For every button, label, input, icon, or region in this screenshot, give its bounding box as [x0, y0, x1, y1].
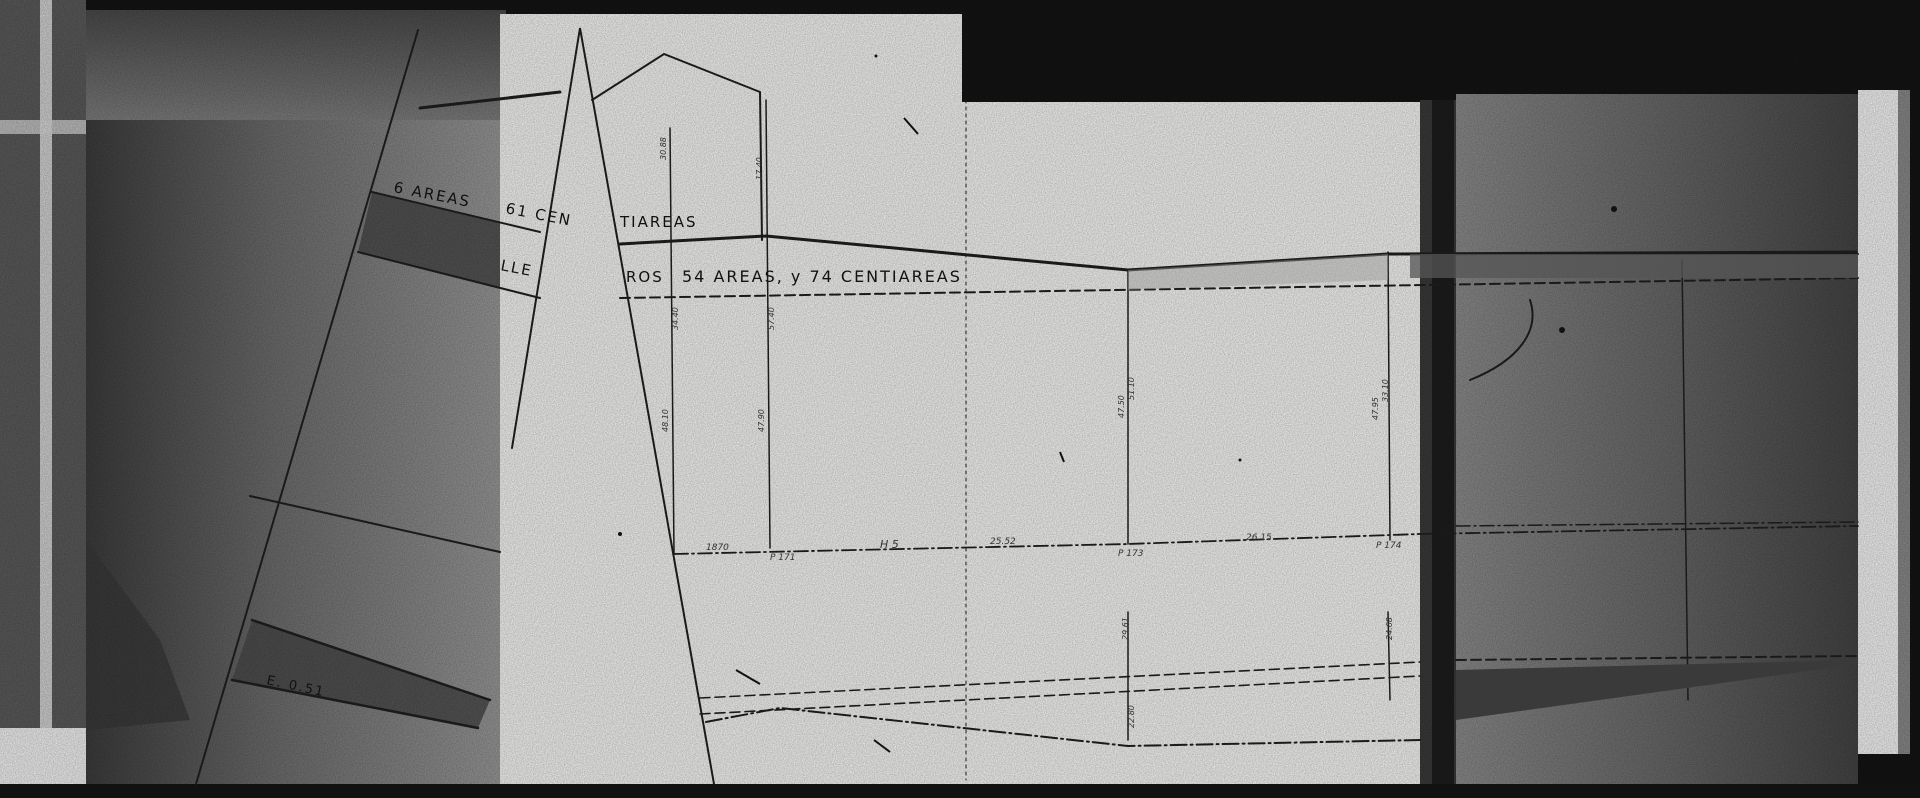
mark: P 174	[1376, 541, 1402, 551]
mark: P 173	[1118, 549, 1144, 559]
dim: 47.95	[1371, 397, 1380, 420]
dim: 33.10	[1381, 379, 1390, 402]
dim: 30.88	[659, 137, 668, 160]
mark: 25.52	[990, 537, 1016, 547]
dim: 57.40	[767, 307, 776, 330]
mark: H 5	[880, 538, 899, 551]
dim: 29.61	[1121, 617, 1130, 640]
mark: 26.15	[1246, 533, 1272, 543]
label-ros: ROS	[626, 268, 664, 286]
mark: 1870	[706, 543, 729, 553]
dim: 51.10	[1127, 377, 1136, 400]
mark: P 171	[770, 553, 795, 563]
dim: 24.68	[1385, 617, 1394, 640]
dim: 48.10	[661, 409, 670, 432]
label-54-areas: 54 AREAS, y 74 CENTIAREAS	[682, 267, 962, 286]
survey-map: 6 AREAS 61 CEN TIAREAS LLE ROS 54 AREAS,…	[0, 0, 1920, 798]
dim: 47.50	[1117, 395, 1126, 418]
label-tiareas: TIAREAS	[619, 213, 698, 231]
dim: 22.80	[1127, 705, 1136, 728]
dim: 34.40	[671, 307, 680, 330]
dim: 47.90	[757, 409, 766, 432]
street-strip-right	[1410, 254, 1858, 278]
dim: 17.40	[755, 157, 764, 180]
